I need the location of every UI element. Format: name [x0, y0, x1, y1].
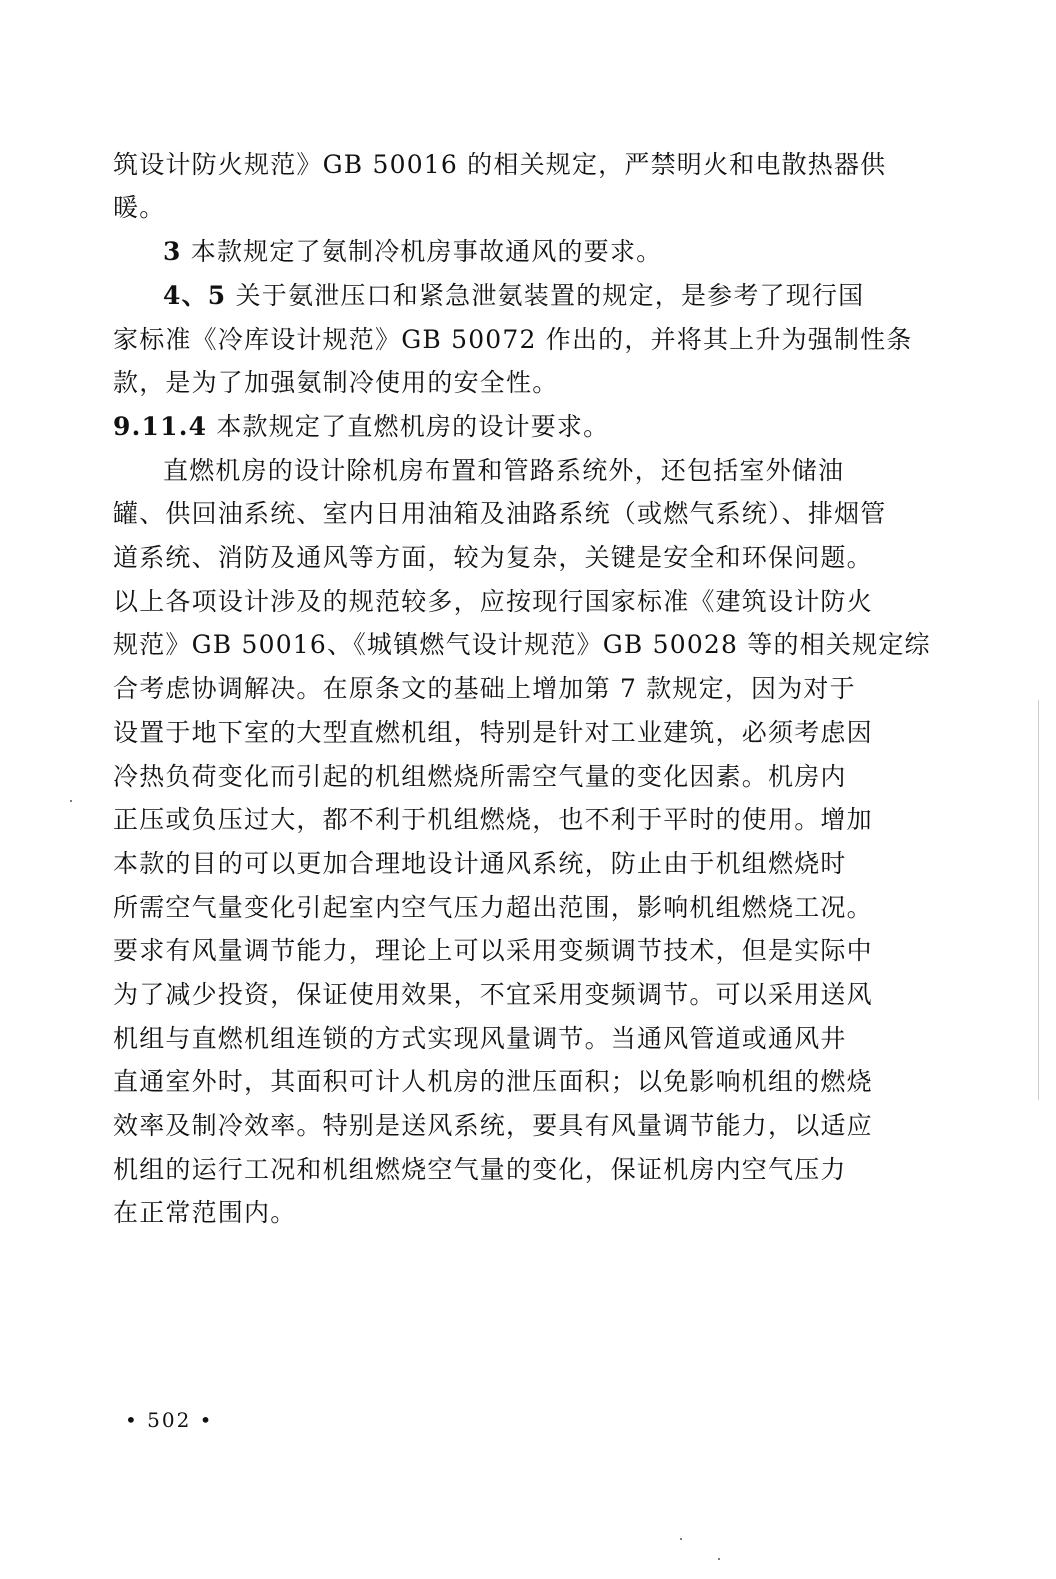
line-text: 本款规定了直燃机房的设计要求。: [207, 412, 609, 441]
text-line: 4、5 关于氨泄压口和紧急泄氨装置的规定，是参考了现行国: [163, 276, 864, 316]
text-line: 合考虑协调解决。在原条文的基础上增加第 7 款规定，因为对于: [113, 669, 856, 709]
line-text: 机组与直燃机组连锁的方式实现风量调节。当通风管道或通风井: [113, 1024, 847, 1053]
text-line: 所需空气量变化引起室内空气压力超出范围，影响机组燃烧工况。: [113, 888, 873, 928]
line-text: 合考虑协调解决。在原条文的基础上增加第 7 款规定，因为对于: [113, 674, 856, 703]
line-text: 在正常范围内。: [113, 1198, 296, 1227]
text-line: 效率及制冷效率。特别是送风系统，要具有风量调节能力，以适应: [113, 1106, 873, 1146]
line-text: 以上各项设计涉及的规范较多，应按现行国家标准《建筑设计防火: [113, 587, 873, 616]
line-text: 本款规定了氨制冷机房事故通风的要求。: [182, 237, 663, 266]
text-line: 道系统、消防及通风等方面，较为复杂，关键是安全和环保问题。: [113, 538, 873, 578]
text-line: 直燃机房的设计除机房布置和管路系统外，还包括室外储油: [163, 451, 844, 491]
line-text: 冷热负荷变化而引起的机组燃烧所需空气量的变化因素。机房内: [113, 762, 847, 791]
text-line: 以上各项设计涉及的规范较多，应按现行国家标准《建筑设计防火: [113, 582, 873, 622]
line-text: 道系统、消防及通风等方面，较为复杂，关键是安全和环保问题。: [113, 543, 873, 572]
text-line: 要求有风量调节能力，理论上可以采用变频调节技术，但是实际中: [113, 931, 873, 971]
text-line: 家标准《冷库设计规范》GB 50072 作出的，并将其上升为强制性条: [113, 320, 913, 360]
text-line: 暖。: [113, 188, 165, 228]
clause-number: 3: [163, 237, 182, 266]
text-line: 规范》GB 50016、《城镇燃气设计规范》GB 50028 等的相关规定综: [113, 625, 931, 665]
text-line: 罐、供回油系统、室内日用油箱及油路系统（或燃气系统）、排烟管: [113, 494, 887, 534]
text-line: 机组的运行工况和机组燃烧空气量的变化，保证机房内空气压力: [113, 1150, 847, 1190]
line-text: 所需空气量变化引起室内空气压力超出范围，影响机组燃烧工况。: [113, 893, 873, 922]
line-text: 机组的运行工况和机组燃烧空气量的变化，保证机房内空气压力: [113, 1155, 847, 1184]
line-text: 要求有风量调节能力，理论上可以采用变频调节技术，但是实际中: [113, 936, 873, 965]
line-text: 暖。: [113, 193, 165, 222]
text-line: 款，是为了加强氨制冷使用的安全性。: [113, 363, 558, 403]
text-line: 筑设计防火规范》GB 50016 的相关规定，严禁明火和电散热器供: [113, 145, 886, 185]
line-text: 直通室外时，其面积可计人机房的泄压面积；以免影响机组的燃烧: [113, 1067, 873, 1096]
text-line: 为了减少投资，保证使用效果，不宜采用变频调节。可以采用送风: [113, 975, 873, 1015]
line-text: 规范》GB 50016、《城镇燃气设计规范》GB 50028 等的相关规定综: [113, 630, 931, 659]
line-text: 筑设计防火规范》GB 50016 的相关规定，严禁明火和电散热器供: [113, 150, 886, 179]
line-text: 款，是为了加强氨制冷使用的安全性。: [113, 368, 558, 397]
line-text: 本款的目的可以更加合理地设计通风系统，防止由于机组燃烧时: [113, 849, 847, 878]
text-line: 设置于地下室的大型直燃机组，特别是针对工业建筑，必须考虑因: [113, 713, 873, 753]
scan-speck: [680, 1538, 682, 1540]
page-number: • 502 •: [125, 1408, 213, 1432]
line-text: 设置于地下室的大型直燃机组，特别是针对工业建筑，必须考虑因: [113, 718, 873, 747]
line-text: 正压或负压过大，都不利于机组燃烧，也不利于平时的使用。增加: [113, 805, 873, 834]
line-text: 罐、供回油系统、室内日用油箱及油路系统（或燃气系统）、排烟管: [113, 499, 887, 528]
text-line: 冷热负荷变化而引起的机组燃烧所需空气量的变化因素。机房内: [113, 757, 847, 797]
text-line: 在正常范围内。: [113, 1193, 296, 1233]
clause-number: 4、5: [163, 281, 226, 310]
text-line: 3 本款规定了氨制冷机房事故通风的要求。: [163, 232, 662, 272]
text-line: 正压或负压过大，都不利于机组燃烧，也不利于平时的使用。增加: [113, 800, 873, 840]
text-line: 机组与直燃机组连锁的方式实现风量调节。当通风管道或通风井: [113, 1019, 847, 1059]
text-line: 直通室外时，其面积可计人机房的泄压面积；以免影响机组的燃烧: [113, 1062, 873, 1102]
text-line: 本款的目的可以更加合理地设计通风系统，防止由于机组燃烧时: [113, 844, 847, 884]
scan-speck: [70, 800, 72, 802]
scan-speck: [718, 1558, 720, 1560]
line-text: 关于氨泄压口和紧急泄氨装置的规定，是参考了现行国: [226, 281, 864, 310]
text-line: 9.11.4 本款规定了直燃机房的设计要求。: [113, 407, 609, 447]
scan-edge-line: [1038, 700, 1039, 1100]
line-text: 直燃机房的设计除机房布置和管路系统外，还包括室外储油: [163, 456, 844, 485]
line-text: 家标准《冷库设计规范》GB 50072 作出的，并将其上升为强制性条: [113, 325, 913, 354]
line-text: 效率及制冷效率。特别是送风系统，要具有风量调节能力，以适应: [113, 1111, 873, 1140]
clause-number: 9.11.4: [113, 412, 207, 441]
line-text: 为了减少投资，保证使用效果，不宜采用变频调节。可以采用送风: [113, 980, 873, 1009]
